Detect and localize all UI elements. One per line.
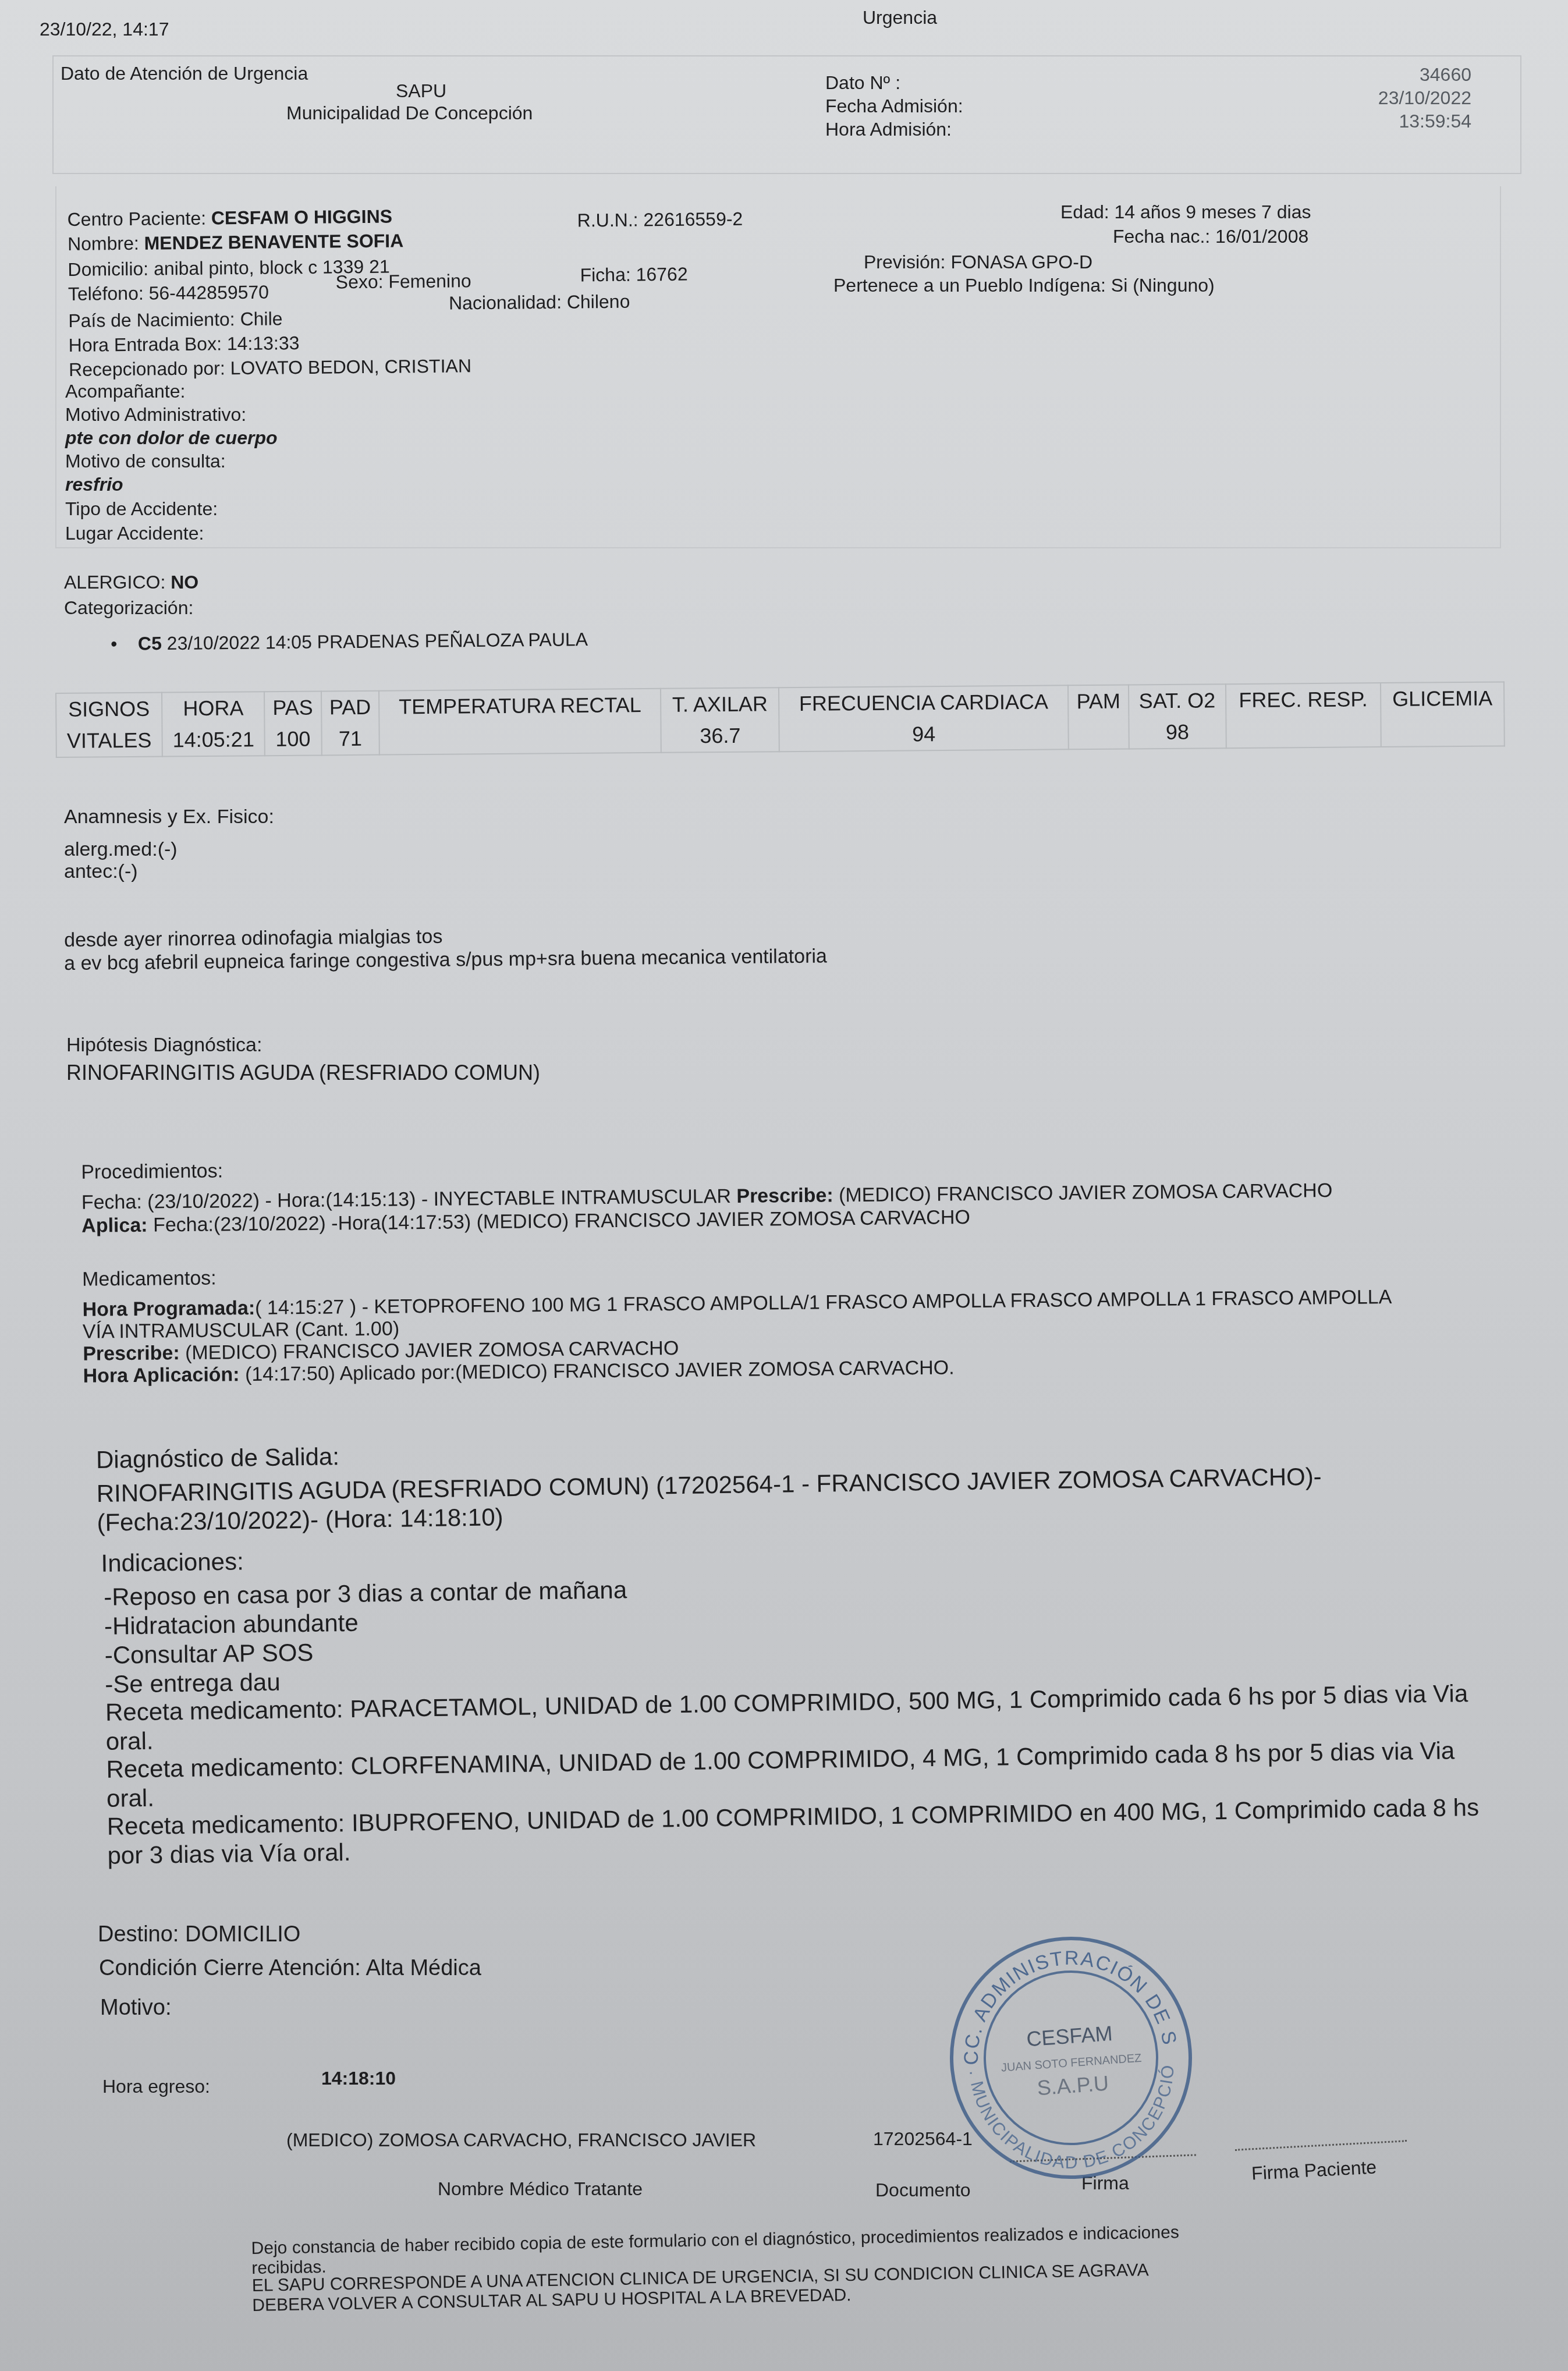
vitals-value-cell: 98 [1129, 716, 1226, 749]
nacionalidad: Nacionalidad: Chileno [449, 291, 630, 314]
patient-name: Nombre: MENDEZ BENAVENTE SOFIA [68, 230, 404, 255]
sexo: Sexo: Femenino [336, 270, 471, 293]
centro-value: CESFAM O HIGGINS [211, 206, 392, 229]
hipotesis-label: Hipótesis Diagnóstica: [66, 1034, 262, 1057]
vitals-header-cell: PAD [321, 691, 379, 724]
tipo-accidente-label: Tipo de Accidente: [65, 498, 218, 520]
hora-admision-label: Hora Admisión: [825, 119, 952, 140]
institution-name: Municipalidad De Concepción [286, 102, 533, 124]
svg-text:JUAN SOTO FERNANDEZ: JUAN SOTO FERNANDEZ [1001, 2052, 1142, 2075]
indicaciones-label: Indicaciones: [101, 1547, 244, 1577]
svg-text:CESFAM: CESFAM [1026, 2021, 1113, 2051]
dato-label: Dato Nº : [825, 72, 900, 94]
prevision: Previsión: FONASA GPO-D [864, 251, 1092, 273]
constancia-text: Dejo constancia de haber recibido copia … [251, 2223, 1179, 2259]
vitals-header-cell: TEMPERATURA RECTAL [379, 689, 661, 723]
fecha-admision-label: Fecha Admisión: [825, 95, 963, 117]
categorizacion-label: Categorización: [64, 597, 193, 619]
vitals-header-cell: FRECUENCIA CARDIACA [779, 685, 1068, 720]
indicacion-item: -Se entrega dau [105, 1668, 281, 1699]
run: R.U.N.: 22616559-2 [577, 208, 743, 232]
vitals-header-cell: GLICEMIA [1381, 682, 1504, 715]
vitals-value-cell [1226, 715, 1381, 748]
motivo-administrativo-label: Motivo Administrativo: [65, 404, 246, 426]
vitals-value-cell [379, 721, 661, 755]
acompanante-label: Acompañante: [65, 381, 185, 402]
vitals-value-cell [1068, 717, 1129, 750]
vitals-header-cell: PAM [1068, 685, 1129, 718]
vitals-value-cell: 100 [265, 723, 322, 756]
svg-text:S.A.P.U: S.A.P.U [1036, 2071, 1109, 2100]
edad: Edad: 14 años 9 meses 7 dias [1060, 201, 1311, 223]
hora-admision-value: 13:59:54 [1399, 111, 1471, 132]
medicamentos-label: Medicamentos: [82, 1267, 217, 1291]
medico-tratante-caption: Nombre Médico Tratante [438, 2178, 643, 2200]
hipotesis-value: RINOFARINGITIS AGUDA (RESFRIADO COMUN) [66, 1061, 540, 1085]
vitals-header-cell: SAT. O2 [1129, 684, 1226, 717]
telefono: Teléfono: 56-442859570 [68, 282, 269, 305]
alergico: ALERGICO: NO [64, 572, 198, 593]
ficha: Ficha: 16762 [580, 264, 687, 286]
medicamento-line-1: Hora Programada:( 14:15:27 ) - KETOPROFE… [82, 1286, 1392, 1321]
salida-diagnosis-line-2: (Fecha:23/10/2022)- (Hora: 14:18:10) [97, 1503, 503, 1537]
vitals-header-cell: T. AXILAR [661, 687, 779, 721]
recepcionado-por: Recepcionado por: LOVATO BEDON, CRISTIAN [69, 355, 471, 381]
lugar-accidente-label: Lugar Accidente: [65, 523, 204, 544]
condicion-cierre: Condición Cierre Atención: Alta Médica [99, 1956, 481, 1981]
fecha-nacimiento: Fecha nac.: 16/01/2008 [1113, 226, 1308, 247]
receta-line: oral. [107, 1784, 154, 1813]
vitals-value-cell: 71 [321, 723, 379, 756]
vitals-header-cell: SIGNOS [56, 693, 162, 725]
official-stamp-icon: DIRECC. ADMINISTRACIÓN DE SALUD I. MUNIC… [931, 1918, 1211, 2198]
dato-value: 34660 [1420, 64, 1471, 86]
hora-egreso-value: 14:18:10 [321, 2068, 396, 2089]
hora-egreso-label: Hora egreso: [102, 2076, 210, 2097]
form-title: Dato de Atención de Urgencia [61, 63, 308, 84]
receta-line: oral. [105, 1727, 153, 1756]
motivo-consulta-label: Motivo de consulta: [65, 451, 226, 472]
vitals-header-cell: PAS [264, 691, 321, 724]
vitals-header-cell: HORA [162, 692, 265, 724]
vitals-value-cell: 36.7 [661, 720, 779, 753]
fecha-admision-value: 23/10/2022 [1378, 87, 1471, 109]
document-page: 23/10/22, 14:17 Urgencia Dato de Atenció… [0, 0, 1568, 2371]
medicamento-via: VÍA INTRAMUSCULAR (Cant. 1.00) [83, 1318, 400, 1344]
indicacion-item: -Hidratacion abundante [104, 1609, 359, 1640]
destino: Destino: DOMICILIO [98, 1922, 300, 1947]
medico-tratante-name: (MEDICO) ZOMOSA CARVACHO, FRANCISCO JAVI… [286, 2129, 756, 2151]
anamnesis-label: Anamnesis y Ex. Fisico: [64, 806, 274, 828]
print-title: Urgencia [863, 7, 937, 29]
vitals-value-cell: 14:05:21 [162, 724, 265, 756]
service-name: SAPU [396, 80, 446, 102]
hora-entrada-box: Hora Entrada Box: 14:13:33 [69, 332, 300, 356]
salida-label: Diagnóstico de Salida: [96, 1443, 340, 1474]
firma-paciente-caption: Firma Paciente [1251, 2156, 1377, 2184]
exam-line-1: desde ayer rinorrea odinofagia mialgias … [64, 926, 443, 952]
receta-line: Receta medicamento: IBUPROFENO, UNIDAD d… [107, 1794, 1479, 1841]
patient-name-value: MENDEZ BENAVENTE SOFIA [144, 230, 403, 253]
bullet-icon: • [111, 633, 133, 654]
indicacion-item: -Reposo en casa por 3 dias a contar de m… [104, 1576, 627, 1611]
motivo-administrativo-value: pte con dolor de cuerpo [65, 427, 277, 449]
motivo-consulta-value: resfrio [65, 474, 123, 495]
vitals-header-cell: FREC. RESP. [1225, 683, 1381, 716]
pais-nacimiento: País de Nacimiento: Chile [68, 308, 283, 332]
receta-line: por 3 dias via Vía oral. [107, 1838, 351, 1870]
anamnesis-line-2: antec:(-) [64, 860, 138, 883]
anamnesis-line-1: alerg.med:(-) [64, 838, 178, 861]
receta-line: Receta medicamento: PARACETAMOL, UNIDAD … [105, 1679, 1468, 1727]
motivo-label: Motivo: [100, 1996, 171, 2021]
centro-paciente: Centro Paciente: CESFAM O HIGGINS [67, 206, 392, 231]
vitals-value-cell: 94 [779, 717, 1069, 752]
categorizacion-item: • C5 23/10/2022 14:05 PRADENAS PEÑALOZA … [111, 629, 588, 655]
vitals-value-cell: VITALES [56, 725, 162, 757]
receta-line: Receta medicamento: CLORFENAMINA, UNIDAD… [106, 1736, 1455, 1783]
vitals-value-cell [1381, 714, 1505, 747]
pueblo-indigena: Pertenece a un Pueblo Indígena: Si (Ning… [833, 275, 1215, 296]
vital-signs-table: SIGNOSHORAPASPADTEMPERATURA RECTALT. AXI… [55, 681, 1505, 758]
firma-paciente-line [1235, 2140, 1407, 2150]
procedimientos-label: Procedimientos: [81, 1160, 223, 1183]
print-datetime: 23/10/22, 14:17 [40, 19, 169, 40]
indicacion-item: -Consultar AP SOS [104, 1639, 313, 1670]
